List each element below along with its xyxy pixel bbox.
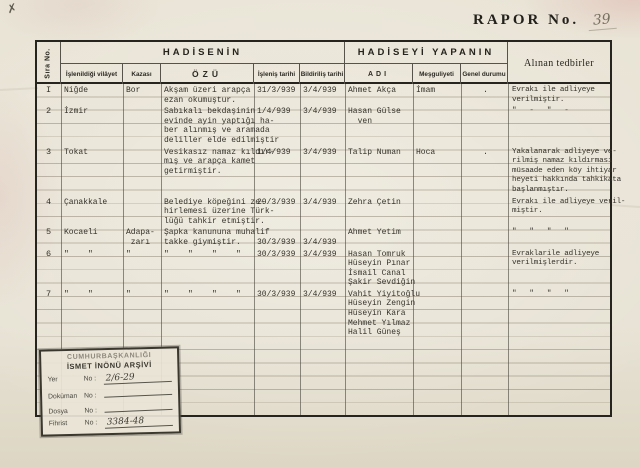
cell-sira-no: 6 xyxy=(37,248,61,288)
header-group-hadisenin: HADİSENİN xyxy=(61,42,345,64)
stamp-field-no: No : xyxy=(84,407,104,414)
cell-genel-durumu: . xyxy=(461,84,508,105)
cell-ozu: Akşam üzeri arapça ezan okumuştur. xyxy=(161,84,254,105)
cell-islenis-tarihi: 1/4/939 xyxy=(254,146,300,196)
header-ozu: ÖZÜ xyxy=(161,64,254,84)
stamp-field: Dosya No : xyxy=(48,401,172,415)
cell-islenis-tarihi: 1/4/939 xyxy=(254,105,300,145)
table-row: I Niğde Bor Akşam üzeri arapça ezan okum… xyxy=(37,84,610,105)
cell-kaza: Adapa- zarı xyxy=(123,226,161,247)
stamp-field-label: Fihrist xyxy=(49,420,85,428)
cell-ozu: Şapka kanununa muhalif takke giymiştir. xyxy=(161,226,254,247)
header-alinan-tedbirler: Alınan tedbirler xyxy=(508,42,610,84)
cell-mesguliyeti xyxy=(413,248,461,288)
stamp-field-label: Yer xyxy=(48,376,84,384)
cell-adi: Hasan Tomruk Hüseyin Pınar İsmail Canal … xyxy=(345,248,413,288)
cell-sira-no: 7 xyxy=(37,288,61,338)
table-row: 6 " " " " " " " 30/3/939 3/4/939 Hasan T… xyxy=(37,248,610,288)
cell-ozu: Sabıkalı bekdaşinin evinde ayin yaptığı … xyxy=(161,105,254,145)
cell-bildirilis-tarihi: 3/4/939 xyxy=(300,288,345,338)
cell-ozu: " " " " xyxy=(161,248,254,288)
cell-islenis-tarihi: 30/3/939 xyxy=(254,248,300,288)
cell-mesguliyeti xyxy=(413,105,461,145)
table-row: 2 İzmir Sabıkalı bekdaşinin evinde ayin … xyxy=(37,105,610,145)
cell-ozu: " " " " xyxy=(161,288,254,338)
cell-ozu: Vesikasız namaz kıldır- mış ve arapça ka… xyxy=(161,146,254,196)
header-sira-no: Sıra No. xyxy=(37,42,61,84)
cell-kaza: " xyxy=(123,248,161,288)
stamp-field-value-handwritten: 3384-48 xyxy=(105,416,173,429)
cell-vilayet: " " xyxy=(61,288,123,338)
cell-sira-no: I xyxy=(37,84,61,105)
cell-alinan-tedbirler: Evraklarile adliyeye verilmişlerdir. xyxy=(508,248,610,288)
cell-adi: Vahit Yiyitoğlu Hüseyin Zengin Hüseyin K… xyxy=(345,288,413,338)
cell-bildirilis-tarihi: 3/4/939 xyxy=(300,226,345,247)
cell-alinan-tedbirler: Yakalanarak adliyeye ve- rilmiş namaz kı… xyxy=(508,146,622,196)
stamp-archive-line: İSMET İNÖNÜ ARŞİVİ xyxy=(47,359,171,371)
paper-crease xyxy=(0,87,38,91)
cell-genel-durumu xyxy=(461,248,508,288)
header-mesguliyeti: Meşguliyeti xyxy=(413,64,461,84)
cell-sira-no: 3 xyxy=(37,146,61,196)
cell-bildirilis-tarihi: 3/4/939 xyxy=(300,105,345,145)
cell-vilayet: Niğde xyxy=(61,84,123,105)
cell-sira-no: 2 xyxy=(37,105,61,145)
cell-adi: Hasan Gülse ven xyxy=(345,105,413,145)
stamp-field-no: No : xyxy=(85,419,105,426)
stamp-field-no: No : xyxy=(84,375,104,382)
stamp-field: Doküman No : xyxy=(48,386,172,400)
cell-vilayet: İzmir xyxy=(61,105,123,145)
cell-kaza xyxy=(123,105,161,145)
cell-islenis-tarihi: 30/3/939 xyxy=(254,226,300,247)
cell-adi: Ahmet Yetim xyxy=(345,226,413,247)
header-group-hadiseyi-yapanin: HADİSEYİ YAPANIN xyxy=(345,42,508,64)
table-header: Sıra No. HADİSENİN HADİSEYİ YAPANIN Alın… xyxy=(37,42,610,84)
cell-kaza xyxy=(123,196,161,227)
stamp-field-value-handwritten xyxy=(104,401,172,413)
cell-islenis-tarihi: 30/3/939 xyxy=(254,288,300,338)
cell-kaza: Bor xyxy=(123,84,161,105)
archive-stamp: CUMHURBAŞKANLIĞI İSMET İNÖNÜ ARŞİVİ Yer … xyxy=(39,346,181,436)
cell-kaza: " xyxy=(123,288,161,338)
cell-bildirilis-tarihi: 3/4/939 xyxy=(300,196,345,227)
report-title: RAPOR No. 39 xyxy=(473,12,616,30)
cell-mesguliyeti xyxy=(413,226,461,247)
cell-ozu: Belediye köpeğini ze- hirlemesi üzerine … xyxy=(161,196,254,227)
stamp-field-value-handwritten xyxy=(104,386,172,398)
table-row: 7 " " " " " " " 30/3/939 3/4/939 Vahit Y… xyxy=(37,288,610,338)
cell-islenis-tarihi: 31/3/939 xyxy=(254,84,300,105)
report-title-label: RAPOR No. xyxy=(473,12,579,29)
cell-genel-durumu xyxy=(461,226,508,247)
header-genel-durumu: Genel durumu xyxy=(461,64,508,84)
header-kazasi: Kazası xyxy=(123,64,161,84)
cell-alinan-tedbirler: Evrakı ile adliyeye veril- miştir. xyxy=(508,196,626,227)
header-islenildigi-vilayet: İşlenildiği vilâyet xyxy=(61,64,123,84)
cell-mesguliyeti xyxy=(413,196,461,227)
cell-genel-durumu: . xyxy=(461,146,508,196)
stamp-field-value-handwritten: 2/6-29 xyxy=(104,372,172,385)
cell-adi: Zehra Çetin xyxy=(345,196,413,227)
cell-genel-durumu xyxy=(461,105,508,145)
scanned-report-page: { "page": { "scribble": "✗" }, "title": … xyxy=(0,0,640,468)
cell-adi: Ahmet Akça xyxy=(345,84,413,105)
header-adi: ADI xyxy=(345,64,413,84)
cell-bildirilis-tarihi: 3/4/939 xyxy=(300,248,345,288)
stamp-fields: Yer No : 2/6-29 Doküman No : Dosya No : … xyxy=(48,372,173,429)
cell-alinan-tedbirler: Evrakı ile adliyeye verilmiştir. xyxy=(508,84,610,105)
header-bildirilis-tarihi: Bildiriliş tarihi xyxy=(300,64,345,84)
cell-genel-durumu xyxy=(461,288,508,338)
cell-mesguliyeti: Hoca xyxy=(413,146,461,196)
stamp-field-no: No : xyxy=(84,392,104,399)
table-row: 4 Çanakkale Belediye köpeğini ze- hirlem… xyxy=(37,196,610,227)
stamp-field: Fihrist No : 3384-48 xyxy=(49,416,173,429)
cell-alinan-tedbirler: " " " " xyxy=(508,226,610,247)
stamp-field: Yer No : 2/6-29 xyxy=(48,372,172,385)
cell-sira-no: 5 xyxy=(37,226,61,247)
cell-kaza xyxy=(123,146,161,196)
cell-alinan-tedbirler: " " " " xyxy=(508,288,610,338)
table-row: 3 Tokat Vesikasız namaz kıldır- mış ve a… xyxy=(37,146,610,196)
pencil-scribble: ✗ xyxy=(6,0,23,16)
cell-vilayet: Tokat xyxy=(61,146,123,196)
cell-bildirilis-tarihi: 3/4/939 xyxy=(300,84,345,105)
stamp-field-label: Doküman xyxy=(48,393,84,401)
cell-vilayet: " " xyxy=(61,248,123,288)
cell-mesguliyeti xyxy=(413,288,461,338)
header-islenis-tarihi: İşleniş tarihi xyxy=(254,64,300,84)
cell-genel-durumu xyxy=(461,196,508,227)
report-number-handwritten: 39 xyxy=(587,11,616,31)
table-row: 5 Kocaeli Adapa- zarı Şapka kanununa muh… xyxy=(37,226,610,247)
cell-adi: Talip Numan xyxy=(345,146,413,196)
cell-sira-no: 4 xyxy=(37,196,61,227)
cell-bildirilis-tarihi: 3/4/939 xyxy=(300,146,345,196)
cell-islenis-tarihi: 29/3/939 xyxy=(254,196,300,227)
cell-mesguliyeti: İmam xyxy=(413,84,461,105)
cell-vilayet: Çanakkale xyxy=(61,196,123,227)
stamp-field-label: Dosya xyxy=(48,408,84,416)
cell-alinan-tedbirler: " - " - xyxy=(508,105,610,145)
cell-vilayet: Kocaeli xyxy=(61,226,123,247)
